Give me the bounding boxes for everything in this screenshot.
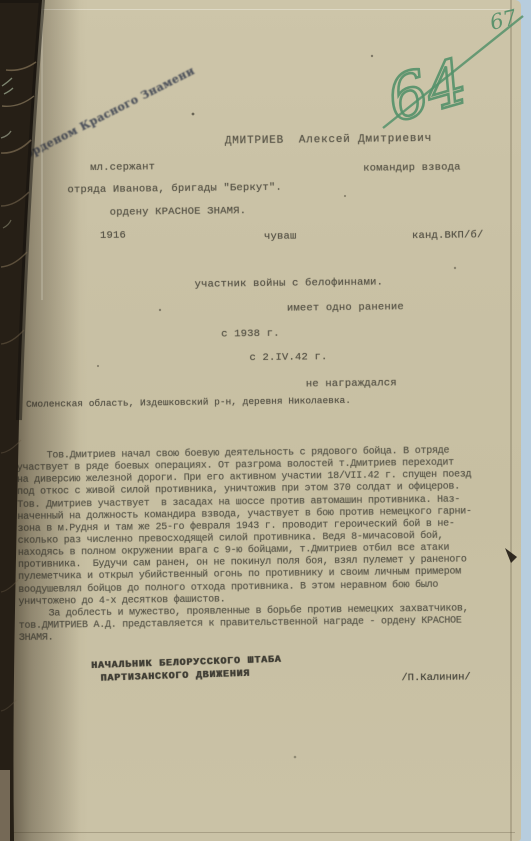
signer-title-line1: НАЧАЛЬНИК БЕЛОРУССКОГО ШТАБА [91, 655, 282, 672]
paper-sheet: Орденом Красного Знамени ДМИТРИЕВ Алексе… [0, 0, 521, 841]
unit: отряда Иванова, бригады "Беркут". [67, 182, 282, 197]
nationality: чуваш [264, 231, 297, 243]
position: командир взвода [363, 162, 461, 175]
citation-paragraph: Тов.Дмитриев начал свою боевую деятельно… [17, 445, 525, 645]
in-army-since: с 1938 г. [221, 328, 280, 341]
birthplace: Смоленская область, Издешковский р-н, де… [26, 395, 351, 410]
recipient-name: ДМИТРИЕВ Алексей Дмитриевич [225, 133, 432, 148]
in-partisans-since: с 2.IV.42 г. [249, 351, 327, 364]
prior-awards: не награждался [306, 377, 397, 390]
wound-note: имеет одно ранение [287, 301, 404, 314]
war-participation-note: участник войны с белофиннами. [195, 276, 384, 290]
award-proposed: ордену КРАСНОЕ ЗНАМЯ. [110, 205, 247, 219]
party-status: канд.ВКП/б/ [412, 229, 484, 242]
signer-title-line2: ПАРТИЗАНСКОГО ДВИЖЕНИЯ [100, 669, 250, 685]
signer-title: НАЧАЛЬНИК БЕЛОРУССКОГО ШТАБАПАРТИЗАНСКОГ… [91, 654, 282, 686]
birth-year: 1916 [100, 230, 126, 242]
typed-content: ДМИТРИЕВ Алексей Дмитриевич мл.сержант к… [0, 0, 526, 841]
document-scan: Орденом Красного Знамени ДМИТРИЕВ Алексе… [0, 0, 531, 841]
rank: мл.сержант [90, 161, 155, 174]
signer-name: /П.Калинин/ [401, 671, 470, 684]
